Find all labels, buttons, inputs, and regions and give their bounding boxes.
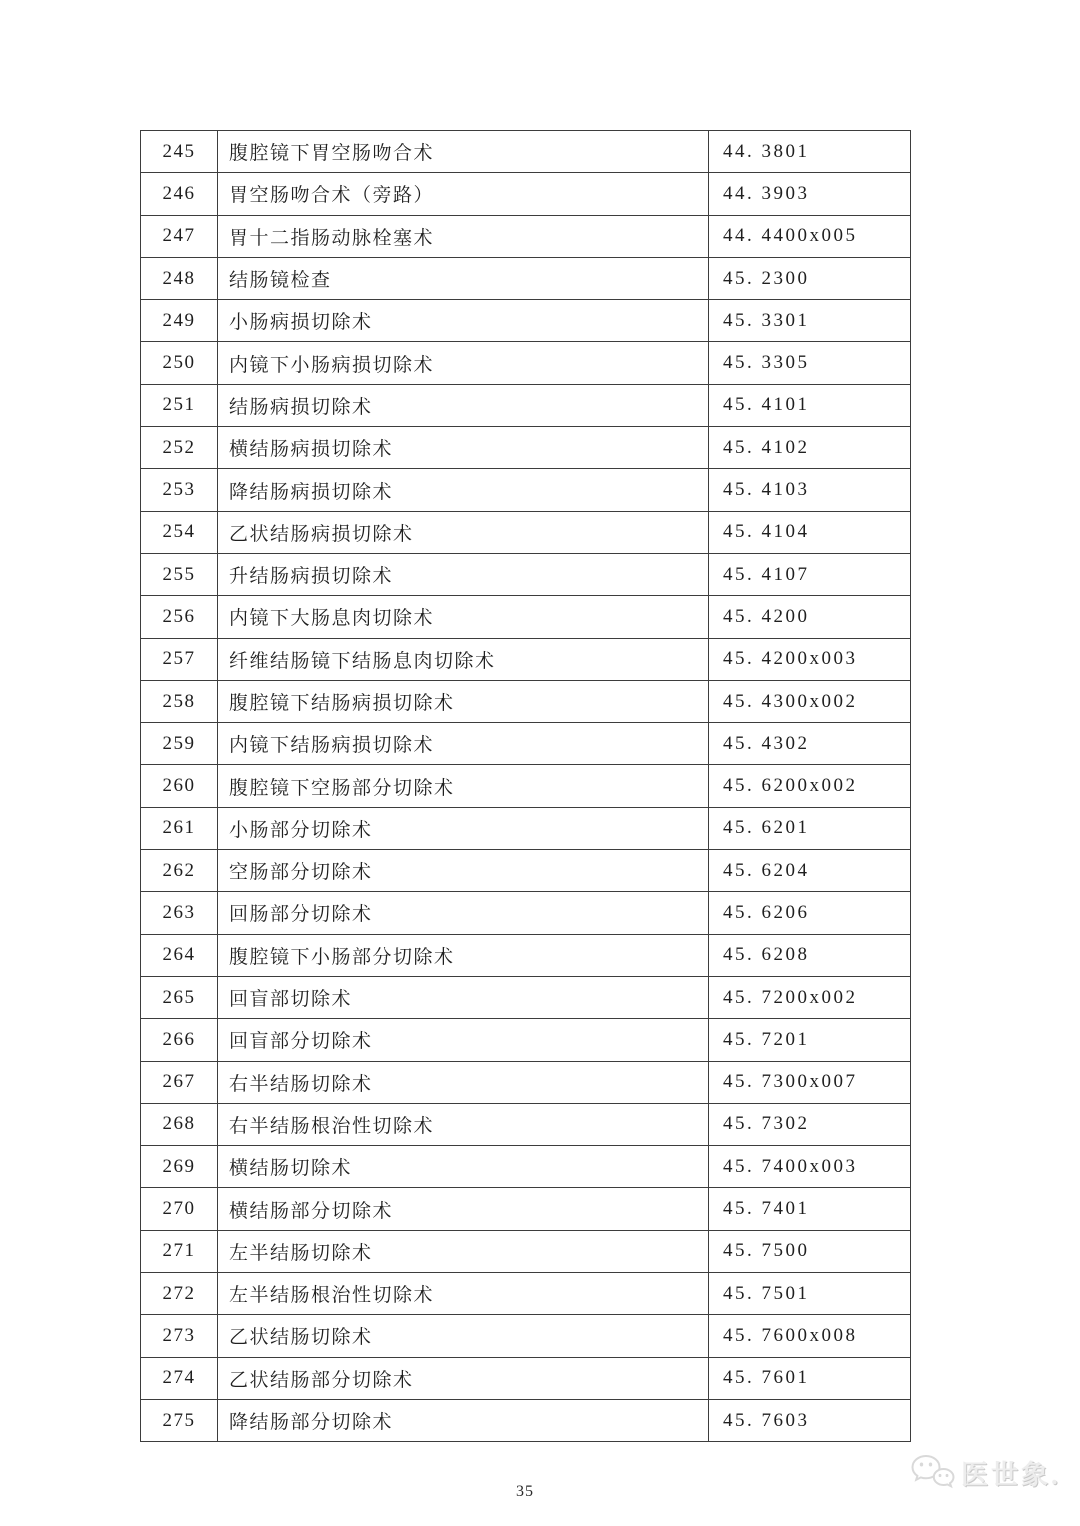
procedure-table: 245腹腔镜下胃空肠吻合术44. 3801246胃空肠吻合术（旁路）44. 39… (140, 130, 911, 1442)
procedure-code-cell: 45. 7603 (709, 1399, 911, 1441)
procedure-code-cell: 45. 4103 (709, 469, 911, 511)
procedure-name-cell: 结肠病损切除术 (218, 384, 709, 426)
procedure-name-cell: 小肠部分切除术 (218, 807, 709, 849)
table-row: 257纤维结肠镜下结肠息肉切除术45. 4200x003 (141, 638, 911, 680)
procedure-name-cell: 回肠部分切除术 (218, 892, 709, 934)
row-number-cell: 266 (141, 1019, 218, 1061)
row-number-cell: 274 (141, 1357, 218, 1399)
row-number-cell: 253 (141, 469, 218, 511)
procedure-name-cell: 腹腔镜下空肠部分切除术 (218, 765, 709, 807)
row-number-cell: 259 (141, 723, 218, 765)
row-number-cell: 275 (141, 1399, 218, 1441)
table-row: 253降结肠病损切除术45. 4103 (141, 469, 911, 511)
procedure-name-cell: 纤维结肠镜下结肠息肉切除术 (218, 638, 709, 680)
procedure-code-cell: 45. 7201 (709, 1019, 911, 1061)
row-number-cell: 252 (141, 427, 218, 469)
procedure-name-cell: 回盲部分切除术 (218, 1019, 709, 1061)
procedure-code-cell: 45. 4300x002 (709, 680, 911, 722)
row-number-cell: 251 (141, 384, 218, 426)
row-number-cell: 267 (141, 1061, 218, 1103)
row-number-cell: 263 (141, 892, 218, 934)
row-number-cell: 273 (141, 1315, 218, 1357)
procedure-code-cell: 45. 4107 (709, 553, 911, 595)
procedure-name-cell: 腹腔镜下结肠病损切除术 (218, 680, 709, 722)
procedure-code-cell: 45. 7601 (709, 1357, 911, 1399)
row-number-cell: 248 (141, 257, 218, 299)
procedure-code-cell: 45. 2300 (709, 257, 911, 299)
document-page: 245腹腔镜下胃空肠吻合术44. 3801246胃空肠吻合术（旁路）44. 39… (0, 0, 1080, 1526)
procedure-name-cell: 降结肠部分切除术 (218, 1399, 709, 1441)
row-number-cell: 261 (141, 807, 218, 849)
wechat-icon (910, 1452, 956, 1492)
row-number-cell: 254 (141, 511, 218, 553)
table-row: 250内镜下小肠病损切除术45. 3305 (141, 342, 911, 384)
watermark-text: 医世象. (961, 1453, 1061, 1492)
procedure-name-cell: 内镜下小肠病损切除术 (218, 342, 709, 384)
procedure-code-cell: 45. 7401 (709, 1188, 911, 1230)
table-row: 259内镜下结肠病损切除术45. 4302 (141, 723, 911, 765)
table-row: 254乙状结肠病损切除术45. 4104 (141, 511, 911, 553)
row-number-cell: 269 (141, 1146, 218, 1188)
table-row: 274乙状结肠部分切除术45. 7601 (141, 1357, 911, 1399)
procedure-name-cell: 乙状结肠病损切除术 (218, 511, 709, 553)
procedure-name-cell: 胃空肠吻合术（旁路） (218, 173, 709, 215)
table-row: 247胃十二指肠动脉栓塞术44. 4400x005 (141, 215, 911, 257)
procedure-name-cell: 内镜下结肠病损切除术 (218, 723, 709, 765)
procedure-name-cell: 空肠部分切除术 (218, 850, 709, 892)
procedure-code-cell: 45. 6208 (709, 934, 911, 976)
procedure-name-cell: 升结肠病损切除术 (218, 553, 709, 595)
table-row: 266回盲部分切除术45. 7201 (141, 1019, 911, 1061)
watermark: 医世象. (910, 1452, 1061, 1492)
table-row: 261小肠部分切除术45. 6201 (141, 807, 911, 849)
procedure-name-cell: 右半结肠切除术 (218, 1061, 709, 1103)
table-row: 245腹腔镜下胃空肠吻合术44. 3801 (141, 131, 911, 173)
table-row: 246胃空肠吻合术（旁路）44. 3903 (141, 173, 911, 215)
table-row: 263回肠部分切除术45. 6206 (141, 892, 911, 934)
procedure-code-cell: 45. 4101 (709, 384, 911, 426)
procedure-name-cell: 回盲部切除术 (218, 976, 709, 1018)
procedure-code-cell: 45. 4200x003 (709, 638, 911, 680)
row-number-cell: 255 (141, 553, 218, 595)
procedure-code-cell: 45. 7200x002 (709, 976, 911, 1018)
row-number-cell: 246 (141, 173, 218, 215)
table-row: 268右半结肠根治性切除术45. 7302 (141, 1103, 911, 1145)
row-number-cell: 250 (141, 342, 218, 384)
table-row: 256内镜下大肠息肉切除术45. 4200 (141, 596, 911, 638)
procedure-name-cell: 内镜下大肠息肉切除术 (218, 596, 709, 638)
procedure-code-cell: 45. 7501 (709, 1273, 911, 1315)
row-number-cell: 249 (141, 300, 218, 342)
procedure-name-cell: 左半结肠根治性切除术 (218, 1273, 709, 1315)
row-number-cell: 245 (141, 131, 218, 173)
table-row: 255升结肠病损切除术45. 4107 (141, 553, 911, 595)
procedure-code-cell: 45. 7400x003 (709, 1146, 911, 1188)
procedure-name-cell: 横结肠病损切除术 (218, 427, 709, 469)
procedure-name-cell: 乙状结肠部分切除术 (218, 1357, 709, 1399)
table-row: 264腹腔镜下小肠部分切除术45. 6208 (141, 934, 911, 976)
table-row: 270横结肠部分切除术45. 7401 (141, 1188, 911, 1230)
procedure-name-cell: 胃十二指肠动脉栓塞术 (218, 215, 709, 257)
procedure-code-cell: 44. 3801 (709, 131, 911, 173)
procedure-name-cell: 结肠镜检查 (218, 257, 709, 299)
table-row: 275降结肠部分切除术45. 7603 (141, 1399, 911, 1441)
row-number-cell: 260 (141, 765, 218, 807)
procedure-code-cell: 45. 6200x002 (709, 765, 911, 807)
table-row: 273乙状结肠切除术45. 7600x008 (141, 1315, 911, 1357)
procedure-code-cell: 45. 7500 (709, 1230, 911, 1272)
procedure-name-cell: 左半结肠切除术 (218, 1230, 709, 1272)
table-row: 248结肠镜检查45. 2300 (141, 257, 911, 299)
table-row: 251结肠病损切除术45. 4101 (141, 384, 911, 426)
procedure-code-cell: 45. 3305 (709, 342, 911, 384)
table-row: 258腹腔镜下结肠病损切除术45. 4300x002 (141, 680, 911, 722)
procedure-code-cell: 45. 6206 (709, 892, 911, 934)
procedure-code-cell: 45. 7300x007 (709, 1061, 911, 1103)
procedure-code-cell: 45. 3301 (709, 300, 911, 342)
procedure-code-cell: 45. 7302 (709, 1103, 911, 1145)
row-number-cell: 262 (141, 850, 218, 892)
table-row: 272左半结肠根治性切除术45. 7501 (141, 1273, 911, 1315)
procedure-name-cell: 右半结肠根治性切除术 (218, 1103, 709, 1145)
procedure-name-cell: 腹腔镜下小肠部分切除术 (218, 934, 709, 976)
table-row: 249小肠病损切除术45. 3301 (141, 300, 911, 342)
procedure-table-body: 245腹腔镜下胃空肠吻合术44. 3801246胃空肠吻合术（旁路）44. 39… (141, 131, 911, 1442)
row-number-cell: 268 (141, 1103, 218, 1145)
procedure-code-cell: 45. 4104 (709, 511, 911, 553)
row-number-cell: 270 (141, 1188, 218, 1230)
procedure-code-cell: 44. 4400x005 (709, 215, 911, 257)
page-number: 35 (140, 1483, 910, 1501)
table-row: 265回盲部切除术45. 7200x002 (141, 976, 911, 1018)
row-number-cell: 272 (141, 1273, 218, 1315)
table-row: 260腹腔镜下空肠部分切除术45. 6200x002 (141, 765, 911, 807)
table-row: 262空肠部分切除术45. 6204 (141, 850, 911, 892)
row-number-cell: 257 (141, 638, 218, 680)
table-row: 267右半结肠切除术45. 7300x007 (141, 1061, 911, 1103)
procedure-code-cell: 44. 3903 (709, 173, 911, 215)
row-number-cell: 247 (141, 215, 218, 257)
procedure-code-cell: 45. 4200 (709, 596, 911, 638)
row-number-cell: 264 (141, 934, 218, 976)
row-number-cell: 265 (141, 976, 218, 1018)
procedure-name-cell: 乙状结肠切除术 (218, 1315, 709, 1357)
procedure-code-cell: 45. 4302 (709, 723, 911, 765)
procedure-code-cell: 45. 4102 (709, 427, 911, 469)
procedure-code-cell: 45. 7600x008 (709, 1315, 911, 1357)
procedure-code-cell: 45. 6201 (709, 807, 911, 849)
row-number-cell: 258 (141, 680, 218, 722)
table-row: 252横结肠病损切除术45. 4102 (141, 427, 911, 469)
procedure-name-cell: 小肠病损切除术 (218, 300, 709, 342)
procedure-code-cell: 45. 6204 (709, 850, 911, 892)
procedure-name-cell: 腹腔镜下胃空肠吻合术 (218, 131, 709, 173)
table-row: 269横结肠切除术45. 7400x003 (141, 1146, 911, 1188)
row-number-cell: 271 (141, 1230, 218, 1272)
procedure-name-cell: 降结肠病损切除术 (218, 469, 709, 511)
procedure-name-cell: 横结肠切除术 (218, 1146, 709, 1188)
row-number-cell: 256 (141, 596, 218, 638)
procedure-name-cell: 横结肠部分切除术 (218, 1188, 709, 1230)
table-row: 271左半结肠切除术45. 7500 (141, 1230, 911, 1272)
